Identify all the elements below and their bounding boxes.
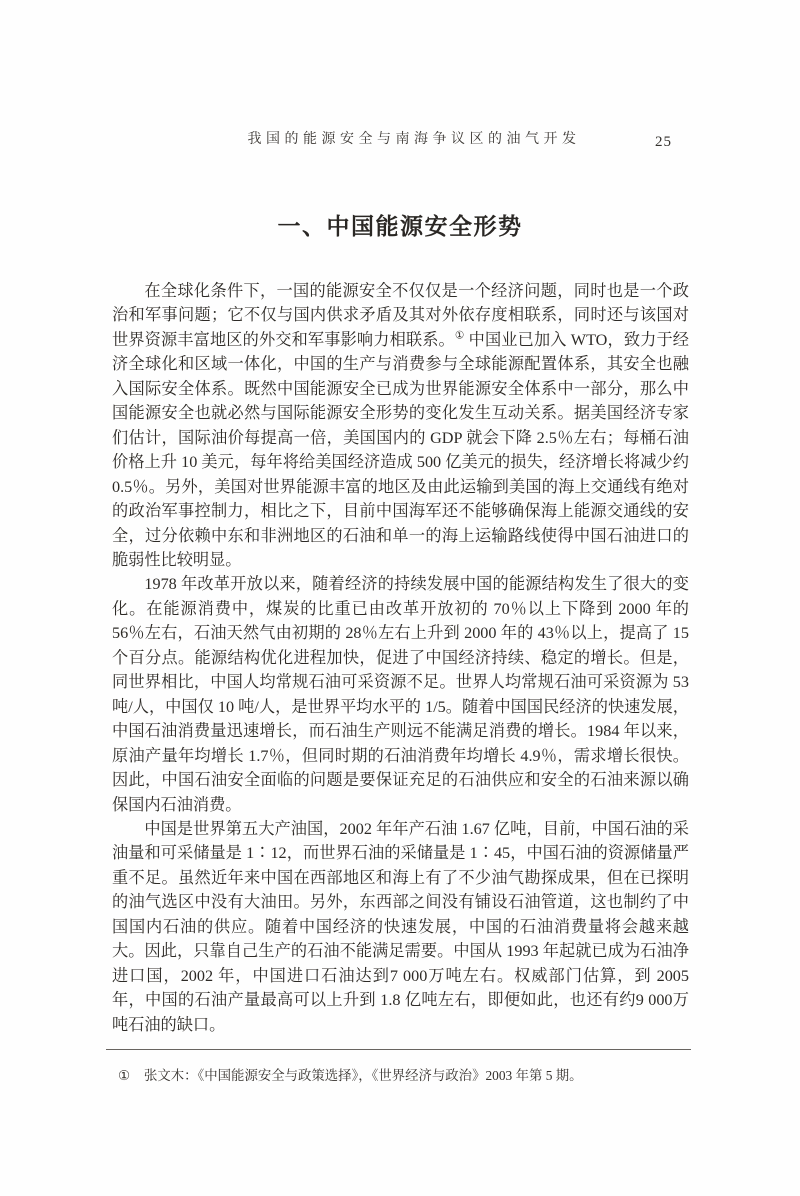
footnote-divider — [106, 1049, 691, 1050]
footnote: ① 张文木：《中国能源安全与政策选择》，《世界经济与政治》2003 年第 5 期… — [118, 1066, 690, 1085]
scanned-book-page: 我国的能源安全与南海争议区的油气开发 25 一、中国能源安全形势 在全球化条件下… — [0, 0, 800, 1196]
body-text: 在全球化条件下，一国的能源安全不仅仅是一个经济问题，同时也是一个政治和军事问题；… — [112, 279, 689, 1037]
paragraph-1-continuation: 中国业已加入 WTO，致力于经济全球化和区域一体化，中国的生产与消费参与全球能源… — [112, 331, 689, 569]
page-header: 我国的能源安全与南海争议区的油气开发 25 — [112, 128, 688, 150]
footnote-text: 张文木：《中国能源安全与政策选择》，《世界经济与政治》2003 年第 5 期。 — [144, 1066, 690, 1085]
footnote-marker: ① — [118, 1066, 130, 1085]
running-title: 我国的能源安全与南海争议区的油气开发 — [126, 128, 702, 148]
paragraph-3: 中国是世界第五大产油国，2002 年年产石油 1.67 亿吨，目前，中国石油的采… — [112, 817, 689, 1037]
paragraph-2: 1978 年改革开放以来，随着经济的持续发展中国的能源结构发生了很大的变化。在能… — [112, 572, 689, 817]
paragraph-1: 在全球化条件下，一国的能源安全不仅仅是一个经济问题，同时也是一个政治和军事问题；… — [112, 279, 689, 572]
page-number: 25 — [655, 134, 672, 151]
section-title: 一、中国能源安全形势 — [0, 208, 800, 241]
